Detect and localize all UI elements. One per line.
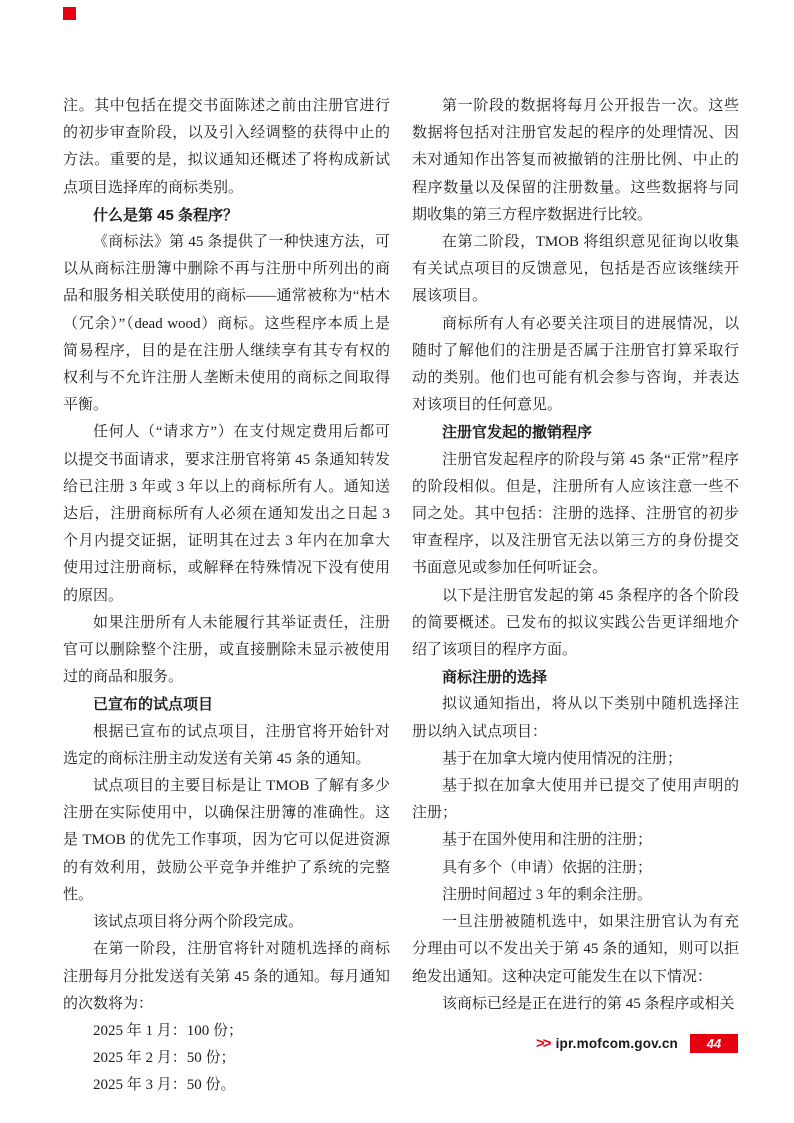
paragraph: 2025 年 3 月：50 份。 <box>63 1072 390 1099</box>
paragraph: 注册时间超过 3 年的剩余注册。 <box>412 882 739 909</box>
paragraph: 注册官发起程序的阶段与第 45 条“正常”程序的阶段相似。但是，注册所有人应该注… <box>412 447 739 583</box>
page-number-badge: 44 <box>690 1034 738 1053</box>
double-chevron-icon: >> <box>536 1036 550 1051</box>
page-footer: >> ipr.mofcom.gov.cn 44 <box>536 1033 738 1053</box>
paragraph: 根据已宣布的试点项目，注册官将开始针对选定的商标注册主动发送有关第 45 条的通… <box>63 719 390 773</box>
paragraph: 注。其中包括在提交书面陈述之前由注册官进行的初步审查阶段，以及引入经调整的获得中… <box>63 93 390 202</box>
paragraph: 2025 年 1 月：100 份； <box>63 1018 390 1045</box>
paragraph: 基于在国外使用和注册的注册； <box>412 827 739 854</box>
section-heading: 商标注册的选择 <box>412 664 739 691</box>
footer-url: ipr.mofcom.gov.cn <box>556 1036 678 1051</box>
paragraph: 如果注册所有人未能履行其举证责任，注册官可以删除整个注册，或直接删除未显示被使用… <box>63 610 390 692</box>
paragraph: 商标所有人有必要关注项目的进展情况，以随时了解他们的注册是否属于注册官打算采取行… <box>412 311 739 420</box>
section-heading: 注册官发起的撤销程序 <box>412 419 739 446</box>
paragraph: 在第一阶段，注册官将针对随机选择的商标注册每月分批发送有关第 45 条的通知。每… <box>63 936 390 1018</box>
paragraph: 具有多个（申请）依据的注册； <box>412 855 739 882</box>
paragraph: 以下是注册官发起的第 45 条程序的各个阶段的简要概述。已发布的拟议实践公告更详… <box>412 583 739 665</box>
right-column: 第一阶段的数据将每月公开报告一次。这些数据将包括对注册官发起的程序的处理情况、因… <box>412 93 739 1100</box>
paragraph: 拟议通知指出，将从以下类别中随机选择注册以纳入试点项目： <box>412 691 739 745</box>
paragraph: 任何人（“请求方”）在支付规定费用后都可以提交书面请求，要求注册官将第 45 条… <box>63 419 390 609</box>
document-page: { "page": { "background": "#ffffff", "ac… <box>0 0 794 1123</box>
paragraph: 基于在加拿大境内使用情况的注册； <box>412 746 739 773</box>
section-heading: 什么是第 45 条程序？ <box>63 202 390 229</box>
document-body: 注。其中包括在提交书面陈述之前由注册官进行的初步审查阶段，以及引入经调整的获得中… <box>63 93 739 1100</box>
paragraph: 该商标已经是正在进行的第 45 条程序或相关 <box>412 991 739 1018</box>
red-corner-square <box>63 7 76 20</box>
paragraph: 基于拟在加拿大使用并已提交了使用声明的注册； <box>412 773 739 827</box>
paragraph: 第一阶段的数据将每月公开报告一次。这些数据将包括对注册官发起的程序的处理情况、因… <box>412 93 739 229</box>
section-heading: 已宣布的试点项目 <box>63 691 390 718</box>
paragraph: 试点项目的主要目标是让 TMOB 了解有多少注册在实际使用中，以确保注册簿的准确… <box>63 773 390 909</box>
paragraph: 《商标法》第 45 条提供了一种快速方法，可以从商标注册簿中删除不再与注册中所列… <box>63 229 390 419</box>
paragraph: 在第二阶段，TMOB 将组织意见征询以收集有关试点项目的反馈意见，包括是否应该继… <box>412 229 739 311</box>
left-column: 注。其中包括在提交书面陈述之前由注册官进行的初步审查阶段，以及引入经调整的获得中… <box>63 93 390 1100</box>
paragraph: 2025 年 2 月：50 份； <box>63 1045 390 1072</box>
paragraph: 一旦注册被随机选中，如果注册官认为有充分理由可以不发出关于第 45 条的通知，则… <box>412 909 739 991</box>
paragraph: 该试点项目将分两个阶段完成。 <box>63 909 390 936</box>
